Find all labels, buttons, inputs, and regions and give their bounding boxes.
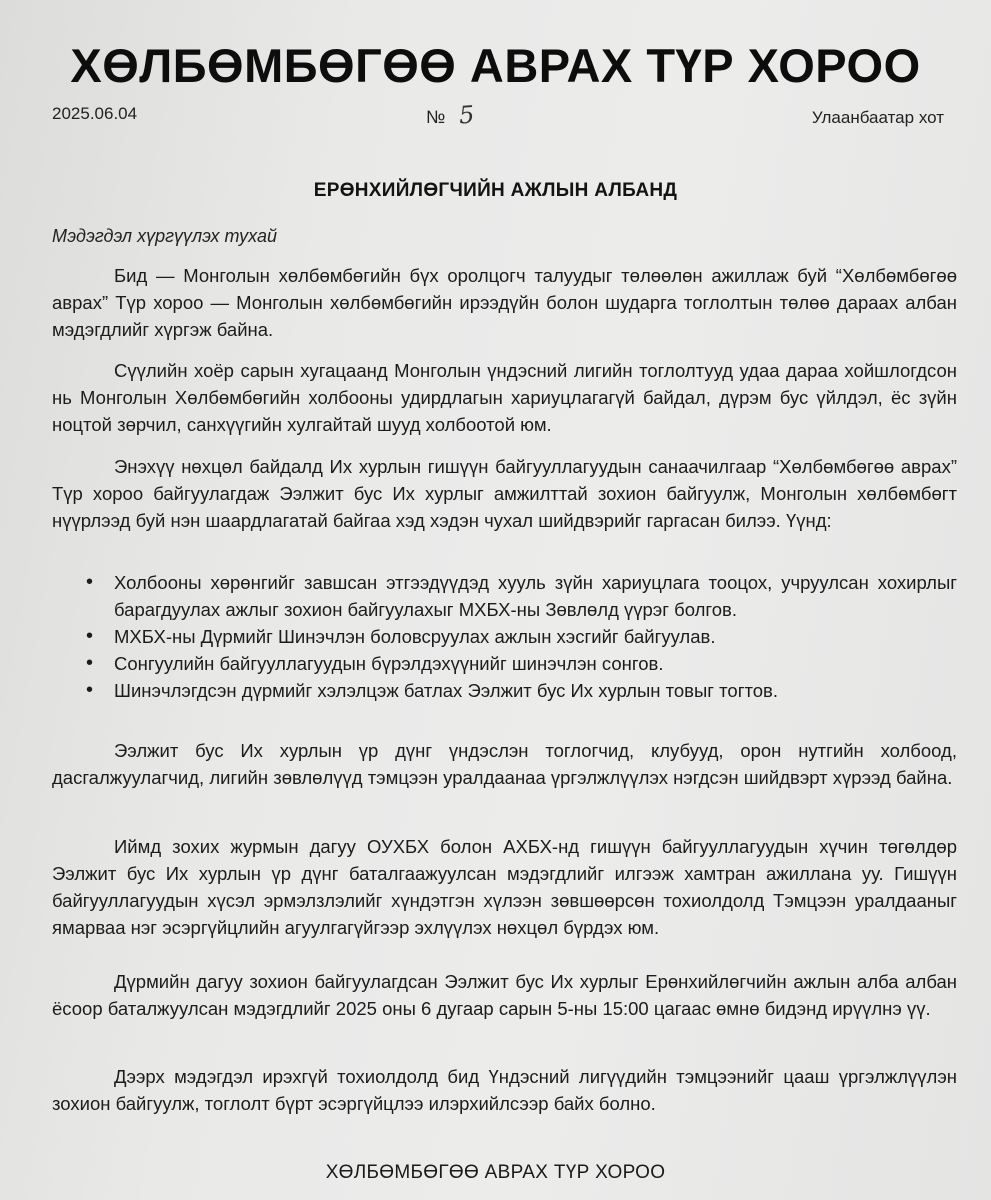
bullet-icon: • [86,569,93,596]
letter-meta: 2025.06.04 №5 Улаанбаатар хот [52,104,944,128]
paragraph-7: Дээрх мэдэгдэл ирэхгүй тохиолдолд бид Үн… [52,1063,957,1117]
recipient-heading: ЕРӨНХИЙЛӨГЧИЙН АЖЛЫН АЛБАНД [0,180,991,202]
list-item-text: Шинэчлэгдсэн дүрмийг хэлэлцэж батлах Ээл… [114,680,778,701]
paragraph-1: Бид — Монголын хөлбөмбөгийн бүх оролцогч… [52,262,957,343]
paragraph-5: Иймд зохих журмын дагуу ОУХБХ болон АХБХ… [52,833,957,941]
paragraph-text: Иймд зохих журмын дагуу ОУХБХ болон АХБХ… [52,833,957,941]
bullet-icon: • [86,650,93,677]
list-item: •Холбооны хөрөнгийг завшсан этгээдүүдэд … [84,569,957,623]
signature-block: ХӨЛБӨМБӨГӨӨ АВРАХ ТҮР ХОРОО [0,1162,991,1184]
paragraph-2: Сүүлийн хоёр сарын хугацаанд Монголын үн… [52,357,957,438]
letter-number: №5 [426,101,475,129]
list-item-text: Сонгуулийн байгууллагуудын бүрэлдэхүүний… [114,653,663,674]
list-item-text: МХБХ-ны Дүрмийг Шинэчлэн боловсруулах аж… [114,626,716,647]
number-label: № [426,107,445,127]
letter-page: ХӨЛБӨМБӨГӨӨ АВРАХ ТҮР ХОРОО 2025.06.04 №… [0,0,991,1200]
bullet-icon: • [86,623,93,650]
letter-date: 2025.06.04 [52,104,137,124]
paragraph-6: Дүрмийн дагуу зохион байгуулагдсан Ээлжи… [52,968,957,1022]
paragraph-text: Дээрх мэдэгдэл ирэхгүй тохиолдолд бид Үн… [52,1063,957,1117]
subject-line: Мэдэгдэл хүргүүлэх тухай [52,226,277,247]
decisions-list: •Холбооны хөрөнгийг завшсан этгээдүүдэд … [84,569,957,704]
handwritten-number: 5 [458,101,475,130]
list-item: •Сонгуулийн байгууллагуудын бүрэлдэхүүни… [84,650,957,677]
list-item: •Шинэчлэгдсэн дүрмийг хэлэлцэж батлах Ээ… [84,677,957,704]
paragraph-4: Ээлжит бус Их хурлын үр дүнг үндэслэн то… [52,737,957,791]
paragraph-text: Энэхүү нөхцөл байдалд Их хурлын гишүүн б… [52,453,957,534]
paragraph-text: Дүрмийн дагуу зохион байгуулагдсан Ээлжи… [52,968,957,1022]
list-item: •МХБХ-ны Дүрмийг Шинэчлэн боловсруулах а… [84,623,957,650]
paragraph-text: Ээлжит бус Их хурлын үр дүнг үндэслэн то… [52,737,957,791]
bullet-icon: • [86,677,93,704]
paragraph-text: Бид — Монголын хөлбөмбөгийн бүх оролцогч… [52,262,957,343]
paragraph-text: Сүүлийн хоёр сарын хугацаанд Монголын үн… [52,357,957,438]
letter-city: Улаанбаатар хот [812,108,944,128]
organization-title: ХӨЛБӨМБӨГӨӨ АВРАХ ТҮР ХОРОО [0,38,991,93]
paragraph-3: Энэхүү нөхцөл байдалд Их хурлын гишүүн б… [52,453,957,534]
list-item-text: Холбооны хөрөнгийг завшсан этгээдүүдэд х… [114,572,957,620]
